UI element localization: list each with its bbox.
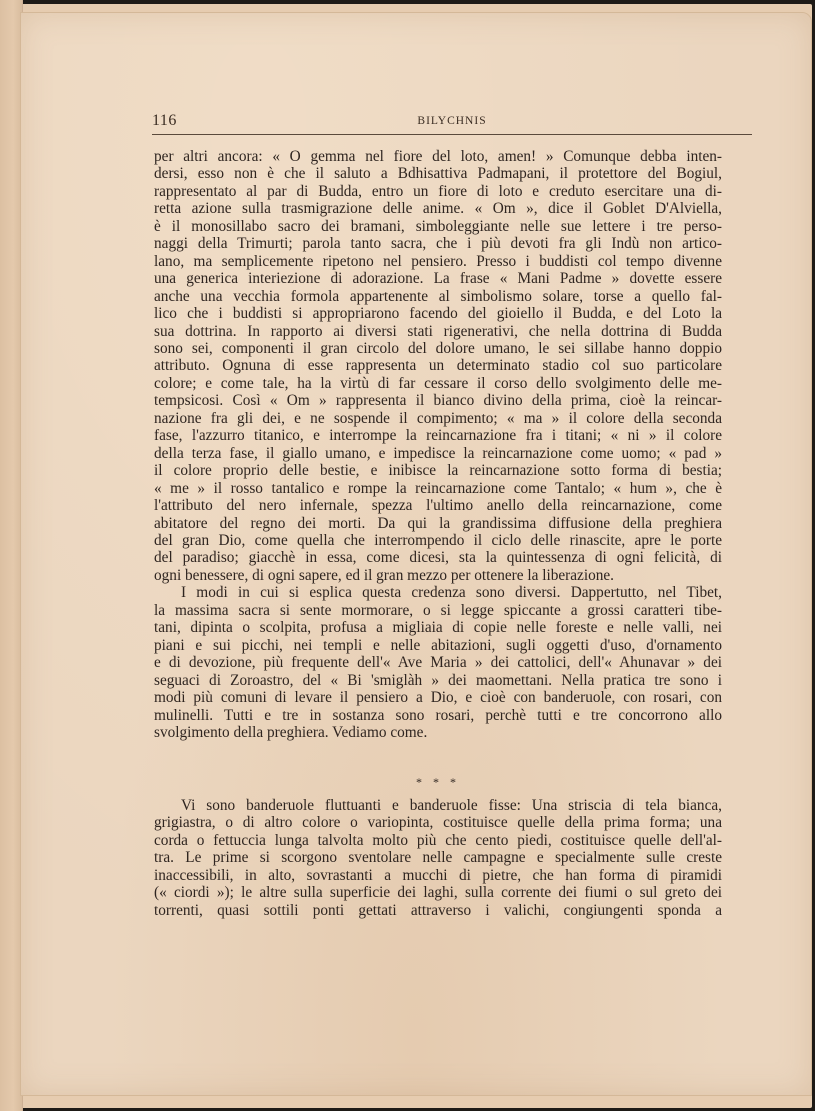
- text-line: l'attributo del nero infernale, spezza l…: [154, 497, 722, 514]
- text-line: piani e sui picchi, nei templi e nelle a…: [154, 637, 722, 654]
- text-line: ogni benessere, di ogni sapere, ed il gr…: [154, 567, 722, 584]
- journal-title: BILYCHNIS: [152, 115, 752, 127]
- text-line: modi più comuni di levare il pensiero a …: [154, 689, 722, 706]
- text-line: (« ciordi »); le altre sulla superficie …: [154, 884, 722, 901]
- text-line: tra. Le prime si scorgono sventolare nel…: [154, 849, 722, 866]
- text-line: lano, ma semplicemente ripetono nel pens…: [154, 253, 722, 270]
- text-line: retta azione sulla trasmigrazione delle …: [154, 200, 722, 217]
- text-line: seguaci di Zoroastro, del « Bi 'smiglàh …: [154, 672, 722, 689]
- text-line: I modi in cui si esplica questa credenza…: [154, 584, 722, 601]
- text-line: anche una vecchia formola appartenente a…: [154, 288, 722, 305]
- paragraph-block-1: per altri ancora: « O gemma nel fiore de…: [154, 148, 722, 741]
- text-line: tani, dipinta o scolpita, profusa a migl…: [154, 619, 722, 636]
- text-line: inaccessibili, in alto, sovrastanti a mu…: [154, 867, 722, 884]
- section-separator: * * *: [154, 775, 722, 790]
- text-line: lico che i buddisti si appropriarono fac…: [154, 305, 722, 322]
- text-line: è il monosillabo sacro dei bramani, simb…: [154, 218, 722, 235]
- text-line: del paradiso; giacchè in essa, come dice…: [154, 549, 722, 566]
- text-line: abitatore del regno dei morti. Da qui la…: [154, 515, 722, 532]
- text-line: tempsicosi. Così « Om » rappresenta il b…: [154, 392, 722, 409]
- text-line: e di devozione, più frequente dell'« Ave…: [154, 654, 722, 671]
- text-line: della terza fase, il giallo umano, e imp…: [154, 445, 722, 462]
- text-line: dersi, esso non è che il saluto a Bdhisa…: [154, 165, 722, 182]
- text-line: corda o fettuccia lunga talvolta molto p…: [154, 832, 722, 849]
- text-line: torrenti, quasi sottili ponti gettati at…: [154, 902, 722, 919]
- text-line: una generica interiezione di adorazione.…: [154, 270, 722, 287]
- text-line: sono sei, componenti il gran circolo del…: [154, 340, 722, 357]
- running-head: 116 BILYCHNIS: [152, 112, 752, 135]
- text-line: svolgimento della preghiera. Vediamo com…: [154, 724, 722, 741]
- text-line: naggi della Trimurti; parola tanto sacra…: [154, 235, 722, 252]
- text-line: grigiastra, o di altro colore o variopin…: [154, 814, 722, 831]
- text-line: Vi sono banderuole fluttuanti e banderuo…: [154, 797, 722, 814]
- text-line: il colore proprio delle bestie, e inibis…: [154, 462, 722, 479]
- text-line: colore; e come tale, ha la virtù di far …: [154, 375, 722, 392]
- paragraph-block-2: Vi sono banderuole fluttuanti e banderuo…: [154, 797, 722, 919]
- text-line: attributo. Ognuna di esse rappresenta un…: [154, 357, 722, 374]
- text-line: la massima sacra si sente mormorare, o s…: [154, 602, 722, 619]
- text-line: « me » il rosso tantalico e rompe la rei…: [154, 480, 722, 497]
- text-line: per altri ancora: « O gemma nel fiore de…: [154, 148, 722, 165]
- text-line: del gran Dio, come quella che interrompe…: [154, 532, 722, 549]
- text-line: rappresentato al par di Budda, entro un …: [154, 183, 722, 200]
- text-line: nazione fra gli dei, e ne sospende il co…: [154, 410, 722, 427]
- text-line: sua dottrina. In rapporto ai diversi sta…: [154, 323, 722, 340]
- text-line: mulinelli. Tutti e tre in sostanza sono …: [154, 707, 722, 724]
- text-line: fase, l'azzurro titanico, e interrompe l…: [154, 427, 722, 444]
